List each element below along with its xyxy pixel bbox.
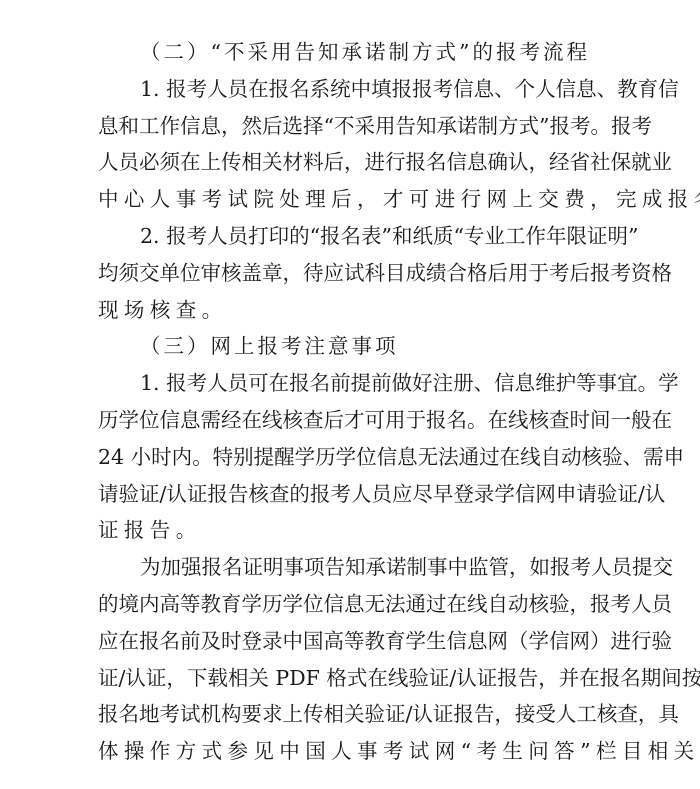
text-line: 证报告。: [98, 512, 618, 549]
paragraph-line: 请验证/认证报告核查的报考人员应尽早登录学信网申请验证/认: [98, 476, 618, 513]
text-line: 证/认证，下载相关 PDF 格式在线验证/认证报告，并在报名期间按: [98, 660, 618, 697]
paragraph-line: 应在报名前及时登录中国高等教育学生信息网（学信网）进行验: [98, 623, 618, 660]
paragraph-line: 24 小时内。特别提醒学历学位信息无法通过在线自动核验、需申: [98, 439, 618, 476]
text-line: 历学位信息需经在线核查后才可用于报名。在线核查时间一般在: [98, 402, 618, 439]
paragraph-line: 报名地考试机构要求上传相关验证/认证报告，接受人工核查，具: [98, 696, 618, 733]
text-line: 2. 报考人员打印的“报名表”和纸质“专业工作年限证明”: [140, 218, 618, 255]
paragraph-line: 1. 报考人员可在报名前提前做好注册、信息维护等事宜。学: [98, 365, 618, 402]
text-line: 息和工作信息，然后选择“不采用告知承诺制方式”报考。报考: [98, 108, 618, 145]
document-page: （二）“不采用告知承诺制方式”的报考流程 1. 报考人员在报名系统中填报报考信息…: [98, 34, 618, 770]
heading-text: （三）网上报考注意事项: [140, 328, 399, 365]
paragraph-line: 息和工作信息，然后选择“不采用告知承诺制方式”报考。报考: [98, 108, 618, 145]
text-line: 的境内高等教育学历学位信息无法通过在线自动核验，报考人员: [98, 586, 618, 623]
paragraph-line: 证报告。: [98, 512, 618, 549]
text-line: 请验证/认证报告核查的报考人员应尽早登录学信网申请验证/认: [98, 476, 618, 513]
paragraph-line: 为加强报名证明事项告知承诺制事中监管，如报考人员提交: [98, 549, 618, 586]
paragraph-line: 2. 报考人员打印的“报名表”和纸质“专业工作年限证明”: [98, 218, 618, 255]
paragraph-line: 历学位信息需经在线核查后才可用于报名。在线核查时间一般在: [98, 402, 618, 439]
text-line: 体操作方式参见中国人事考试网“考生问答”栏目相关内容。: [98, 733, 618, 770]
section-heading: （二）“不采用告知承诺制方式”的报考流程: [98, 34, 618, 71]
text-line: 现场核查。: [98, 292, 618, 329]
paragraph-line: 中心人事考试院处理后，才可进行网上交费，完成报名。: [98, 181, 618, 218]
paragraph-line: 体操作方式参见中国人事考试网“考生问答”栏目相关内容。: [98, 733, 618, 770]
section-heading: （三）网上报考注意事项: [98, 328, 618, 365]
text-line: 应在报名前及时登录中国高等教育学生信息网（学信网）进行验: [98, 623, 618, 660]
paragraph-line: 证/认证，下载相关 PDF 格式在线验证/认证报告，并在报名期间按: [98, 660, 618, 697]
paragraph-line: 人员必须在上传相关材料后，进行报名信息确认，经省社保就业: [98, 144, 618, 181]
text-line: 人员必须在上传相关材料后，进行报名信息确认，经省社保就业: [98, 144, 618, 181]
paragraph-line: 的境内高等教育学历学位信息无法通过在线自动核验，报考人员: [98, 586, 618, 623]
text-line: 1. 报考人员可在报名前提前做好注册、信息维护等事宜。学: [140, 365, 618, 402]
text-line: 中心人事考试院处理后，才可进行网上交费，完成报名。: [98, 181, 618, 218]
text-line: 为加强报名证明事项告知承诺制事中监管，如报考人员提交: [140, 549, 618, 586]
paragraph-line: 1. 报考人员在报名系统中填报报考信息、个人信息、教育信: [98, 71, 618, 108]
text-line: 24 小时内。特别提醒学历学位信息无法通过在线自动核验、需申: [98, 439, 618, 476]
paragraph-line: 均须交单位审核盖章，待应试科目成绩合格后用于考后报考资格: [98, 255, 618, 292]
paragraph-line: 现场核查。: [98, 292, 618, 329]
text-line: 报名地考试机构要求上传相关验证/认证报告，接受人工核查，具: [98, 696, 618, 733]
heading-text: （二）“不采用告知承诺制方式”的报考流程: [140, 34, 590, 71]
text-line: 1. 报考人员在报名系统中填报报考信息、个人信息、教育信: [140, 71, 618, 108]
text-line: 均须交单位审核盖章，待应试科目成绩合格后用于考后报考资格: [98, 255, 618, 292]
